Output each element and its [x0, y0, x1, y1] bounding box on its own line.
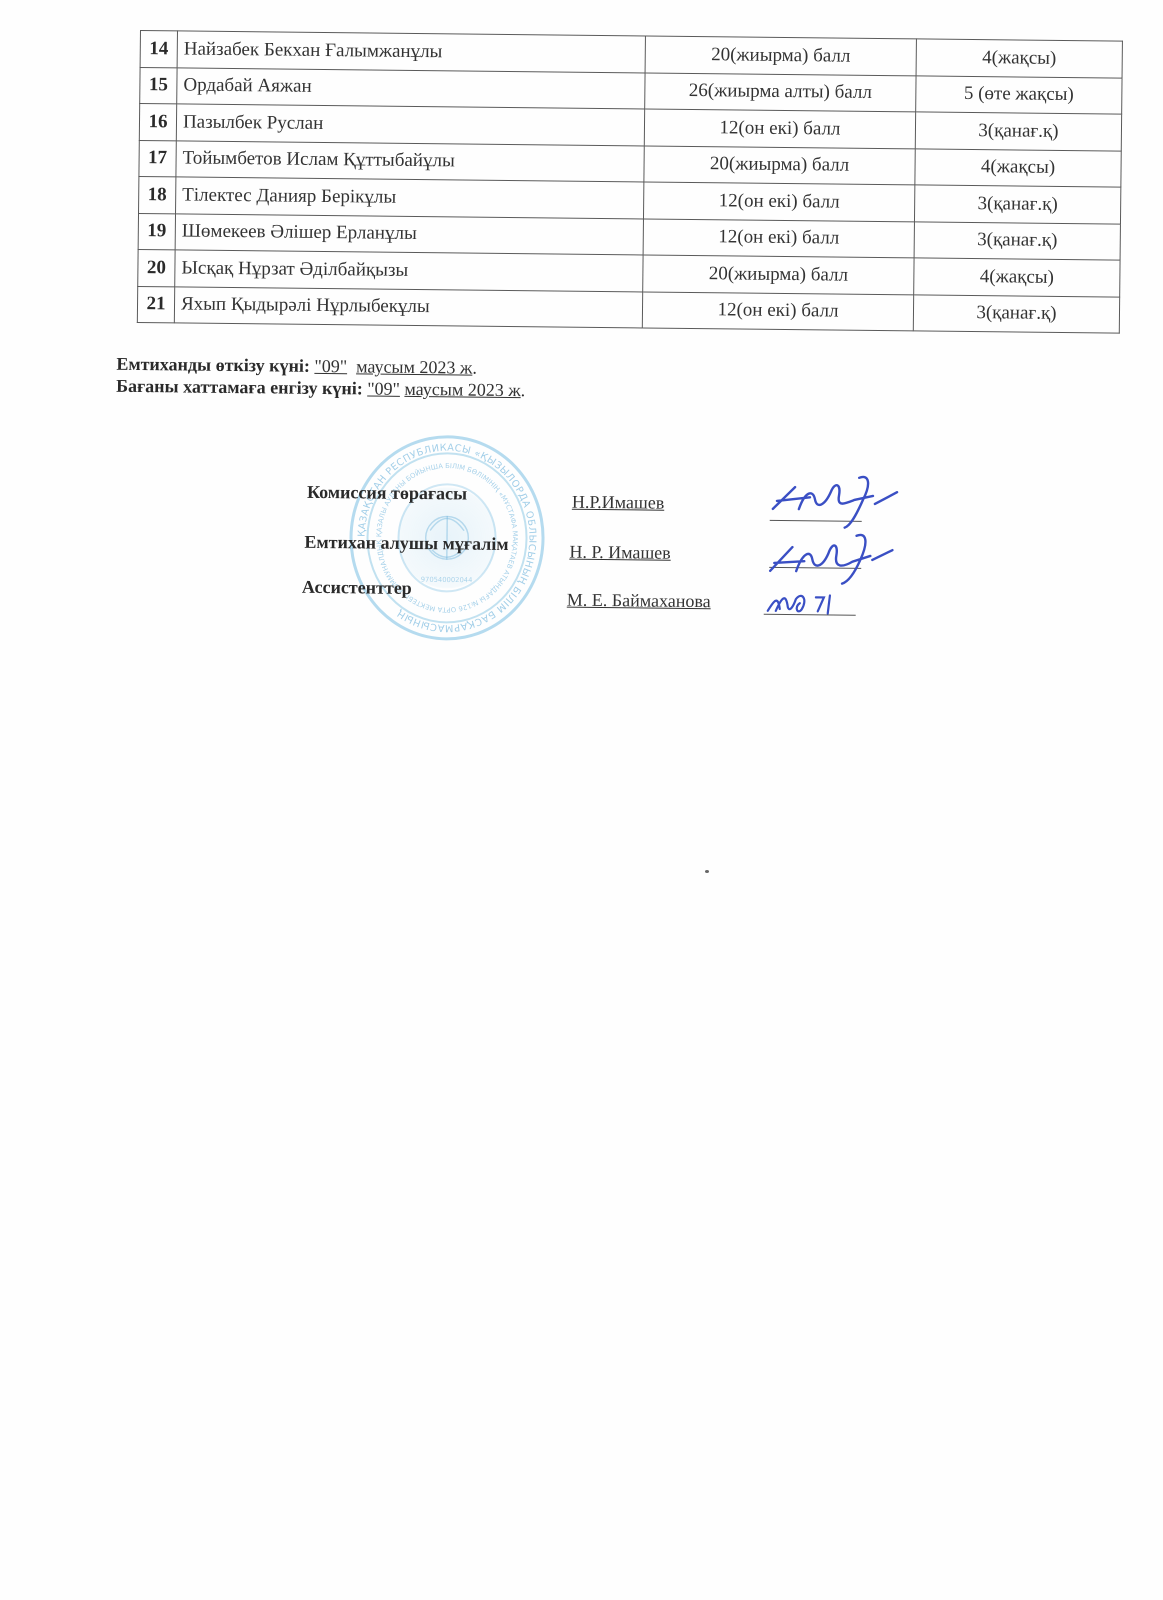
signatures-block: Комиссия төрағасы Н.Р.Имашев Емтихан алу…	[0, 0, 1163, 711]
name-examiner: Н. Р. Имашев	[569, 542, 671, 564]
role-commission-chair: Комиссия төрағасы	[307, 482, 467, 505]
name-commission-chair: Н.Р.Имашев	[572, 492, 665, 514]
name-assistants: М. Е. Баймаханова	[567, 590, 711, 613]
scanned-content: 14Найзабек Бекхан Ғалымжанұлы20(жиырма) …	[0, 0, 1163, 711]
document-page: 14Найзабек Бекхан Ғалымжанұлы20(жиырма) …	[0, 0, 1163, 1600]
role-examiner: Емтихан алушы мұғалім	[304, 532, 508, 555]
scan-speck	[705, 870, 709, 873]
signature-assistant	[764, 587, 864, 620]
signature-chair	[765, 469, 906, 531]
signature-examiner	[764, 527, 905, 589]
role-assistants: Ассистенттер	[302, 577, 412, 599]
